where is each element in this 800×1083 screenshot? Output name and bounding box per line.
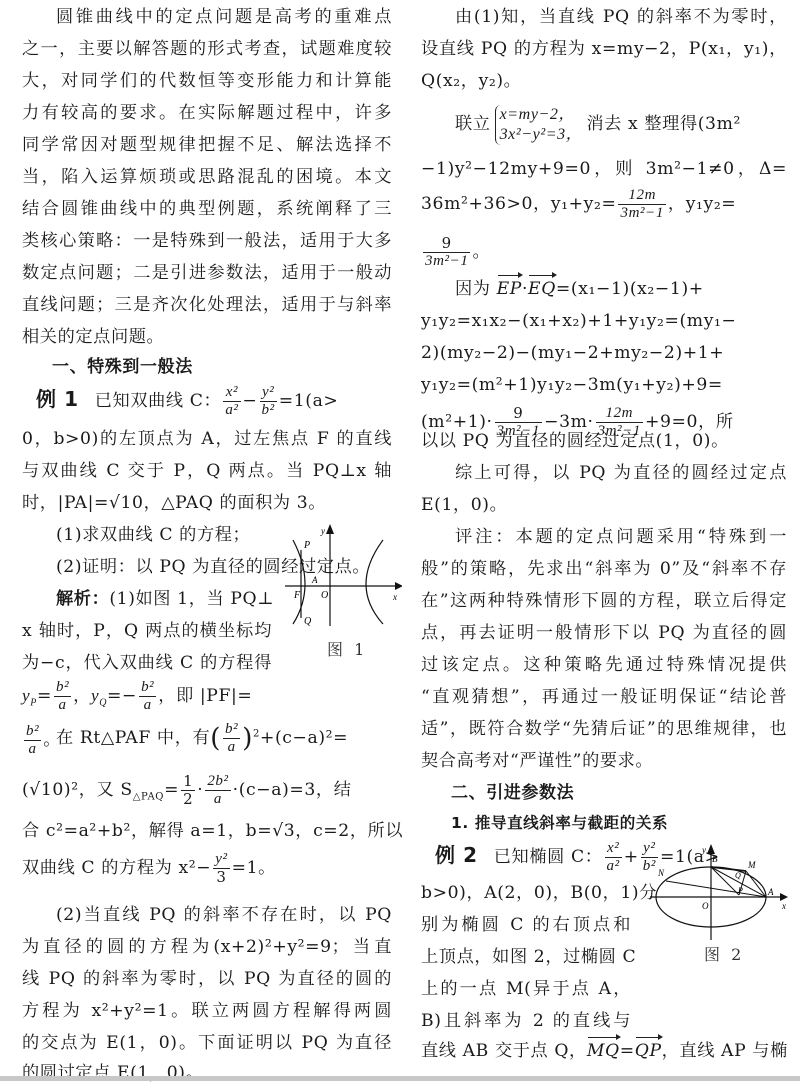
- example-line: 别为椭圆 C 的右顶点和: [421, 914, 631, 936]
- comment-line: 在”这两种特殊情形下圆的方程，联立后得定: [421, 590, 787, 612]
- system-line: 联立x=my−2，3x²−y²=3，消去 x 整理得(3m²: [421, 102, 741, 146]
- fraction: b²a: [223, 721, 240, 756]
- part2-line: 为直径的圆的方程为(x+2)²+y²=9；当直: [22, 936, 392, 958]
- figure-2-caption: 图 2: [704, 942, 744, 965]
- intro-line: 圆锥曲线中的定点问题是高考的重难点: [22, 6, 392, 28]
- fraction: b²a: [139, 679, 156, 714]
- comment-line: 契合高考对“严谨性”的要求。: [421, 750, 653, 772]
- vector-QP: QP: [635, 1040, 662, 1062]
- solution-text: (1)如图 1，当 PQ⊥: [109, 589, 274, 609]
- figure-1-caption: 图 1: [327, 637, 367, 660]
- label-Q: Q: [735, 871, 741, 880]
- label-y: y: [320, 526, 325, 536]
- label-x: x: [392, 592, 397, 602]
- vector-MQ: MQ: [587, 1040, 620, 1062]
- intro-line: 同学常因对题型规律把握不足、解法选择不: [22, 134, 392, 156]
- equation-system: x=my−2，3x²−y²=3，: [495, 105, 583, 145]
- intro-line: 之一，主要以解答题的形式考查，试题难度较: [22, 38, 392, 60]
- expand-line: y₁y₂=(m²+1)y₁y₂−3m(y₁+y₂)+9=: [421, 374, 787, 396]
- label-N: N: [657, 868, 665, 878]
- example-label: 例 1: [36, 387, 79, 411]
- label-A: A: [767, 887, 774, 897]
- section-heading: 一、特殊到一般法: [52, 356, 193, 378]
- fraction: 2b²a: [205, 773, 230, 808]
- section-heading: 二、引进参数法: [451, 782, 574, 804]
- example-line: 时，|PA|=√10，△PAQ 的面积为 3。: [22, 492, 326, 514]
- label-x: x: [781, 901, 786, 911]
- intro-line: 结合圆锥曲线中的典型例题，系统阐释了三: [22, 198, 392, 220]
- comment-line: 评注：本题的定点问题采用“特殊到一: [421, 526, 787, 548]
- label-O: O: [321, 590, 328, 601]
- result-line: 双曲线 C 的方程为 x²−y²3=1。: [22, 846, 276, 890]
- summary-line: 综上可得，以 PQ 为直径的圆经过定点: [421, 462, 787, 484]
- example-line: 与双曲线 C 交于 P，Q 两点。当 PQ⊥x 轴: [22, 460, 392, 482]
- fraction: y²b²: [260, 384, 277, 419]
- fraction: 93m²−1: [423, 235, 470, 270]
- part2-line: 方程为 x²+y²=1。联立两圆方程解得两圆: [22, 1000, 392, 1022]
- fraction: y²3: [213, 851, 229, 886]
- part2-line: 线 PQ 的斜率为零时，以 PQ 为直径的圆的: [22, 968, 392, 990]
- part2-line: (2)当直线 PQ 的斜率不存在时，以 PQ: [22, 904, 392, 926]
- delta-line: 93m²−1。: [421, 230, 490, 274]
- example-lead: 已知双曲线 C：: [95, 391, 222, 411]
- expand-line: 2)(my₂−2)−(my₁−2+my₂−2)+1+: [421, 342, 787, 364]
- vector-EQ: EQ: [528, 278, 556, 300]
- combine-line: 合 c²=a²+b²，解得 a=1，b=√3，c=2，所以: [22, 820, 392, 842]
- solution-text: 即 |PF|=: [176, 686, 252, 706]
- example-lead: 已知椭圆 C：: [494, 847, 603, 867]
- comment-line: 适”，既符合数学“先猜后证”的思维规律，也: [421, 718, 787, 740]
- example-1-statement: 例 1 已知双曲线 C：x²a²−y²b²=1(a>: [36, 382, 338, 419]
- question-1: (1)求双曲线 C 的方程；: [22, 524, 250, 546]
- area-line: (√10)²，又 S△PAQ=12·2b²a·(c−a)=3，结: [22, 768, 352, 812]
- intro-line: 力有较高的要求。在实际解题过程中，许多: [22, 102, 392, 124]
- label-Q: Q: [304, 616, 312, 627]
- right-line: Q(x₂，y₂)。: [421, 70, 521, 92]
- vector-EP: EP: [497, 278, 522, 300]
- example-line: b>0)，A(2，0)，B(0，1)分: [421, 882, 631, 904]
- intro-line: 相关的定点问题。: [22, 326, 164, 348]
- example-line: 0，b>0)的左顶点为 A，过左焦点 F 的直线: [22, 428, 392, 450]
- intro-line: 直线问题；三是齐次化处理法，适用于与斜率: [22, 294, 392, 316]
- fraction: x²a²: [223, 384, 240, 419]
- quad-line: −1)y²−12my+9=0，则 3m²−1≠0，Δ=: [421, 158, 787, 180]
- condition-tail: =1(a>: [279, 391, 339, 411]
- dot-line: 因为 EP·EQ=(x₁−1)(x₂−1)+: [421, 278, 704, 300]
- rt-line: 在 Rt△PAF 中，有(b²a)2+(c−a)²=: [22, 716, 348, 761]
- fraction: x²a²: [605, 840, 622, 875]
- solution-eq-line: yP=b²a，yQ=−b²a，即 |PF|=: [22, 678, 252, 714]
- intro-line: 类核心策略：一是特殊到一般法，适用于大多: [22, 230, 392, 252]
- label-F: F: [293, 590, 301, 601]
- solution-line: 为−c，代入双曲线 C 的方程得: [22, 652, 272, 674]
- example-line: 上顶点，如图 2，过椭圆 C: [421, 946, 631, 968]
- label-y: y: [701, 845, 706, 855]
- label-P: P: [303, 540, 310, 551]
- intro-line: 大，对同学们的代数恒等变形能力和计算能: [22, 70, 392, 92]
- label-A: A: [311, 575, 318, 585]
- conclude-line: 以以 PQ 为直径的圆经过定点(1，0)。: [421, 430, 729, 452]
- summary-line: E(1，0)。: [421, 494, 507, 516]
- subsection-heading: 1. 推导直线斜率与截距的关系: [451, 812, 668, 834]
- example-line: 上的一点 M(异于点 A，: [421, 978, 631, 1000]
- vector-line: 直线 AB 交于点 Q，MQ=QP，直线 AP 与椭: [421, 1040, 788, 1062]
- expand-line: y₁y₂=x₁x₂−(x₁+x₂)+1+y₁y₂=(my₁−: [421, 310, 787, 332]
- solution-line: x 轴时，P，Q 两点的横坐标均: [22, 620, 272, 642]
- comment-line: “直观猜想”，再通过一般证明保证“结论普: [421, 686, 787, 708]
- part2-line: 的交点为 E(1，0)。下面证明以 PQ 为直径: [22, 1032, 392, 1054]
- label-P: P: [737, 886, 743, 895]
- fraction: 12m3m²−1: [618, 187, 665, 222]
- fraction: b²a: [54, 679, 71, 714]
- figure-1-hyperbola: P Q F A O y x: [277, 520, 402, 630]
- delta-line: 36m²+36>0，y₁+y₂=12m3m²−1，y₁y₂=: [421, 182, 736, 226]
- example-line: B)且斜率为 2 的直线与: [421, 1010, 631, 1032]
- solution-line: 解析：(1)如图 1，当 PQ⊥: [56, 588, 274, 610]
- label-M: M: [747, 860, 756, 870]
- right-line: 由(1)知，当直线 PQ 的斜率不为零时，: [421, 6, 787, 28]
- intro-line: 当，陷入运算烦琐或思路混乱的困境。本文: [22, 166, 392, 188]
- page-bottom-rule: [0, 1076, 800, 1081]
- comment-line: 般”的策略，先求出“斜率为 0”及“斜率不存: [421, 558, 787, 580]
- solution-label: 解析：: [56, 589, 109, 609]
- example-label: 例 2: [435, 843, 478, 867]
- label-B: B: [712, 854, 718, 864]
- label-O: O: [702, 901, 709, 911]
- figure-2-ellipse: B M N Q P A O y x: [646, 840, 791, 950]
- fraction: 12: [181, 773, 195, 808]
- right-line: 设直线 PQ 的方程为 x=my−2，P(x₁，y₁)，: [421, 38, 787, 60]
- comment-line: 点，再去证明一般情形下以 PQ 为直径的圆: [421, 622, 787, 644]
- comment-line: 过该定点。这种策略先通过特殊情况提供: [421, 654, 787, 676]
- intro-line: 数定点问题；二是引进参数法，适用于一般动: [22, 262, 392, 284]
